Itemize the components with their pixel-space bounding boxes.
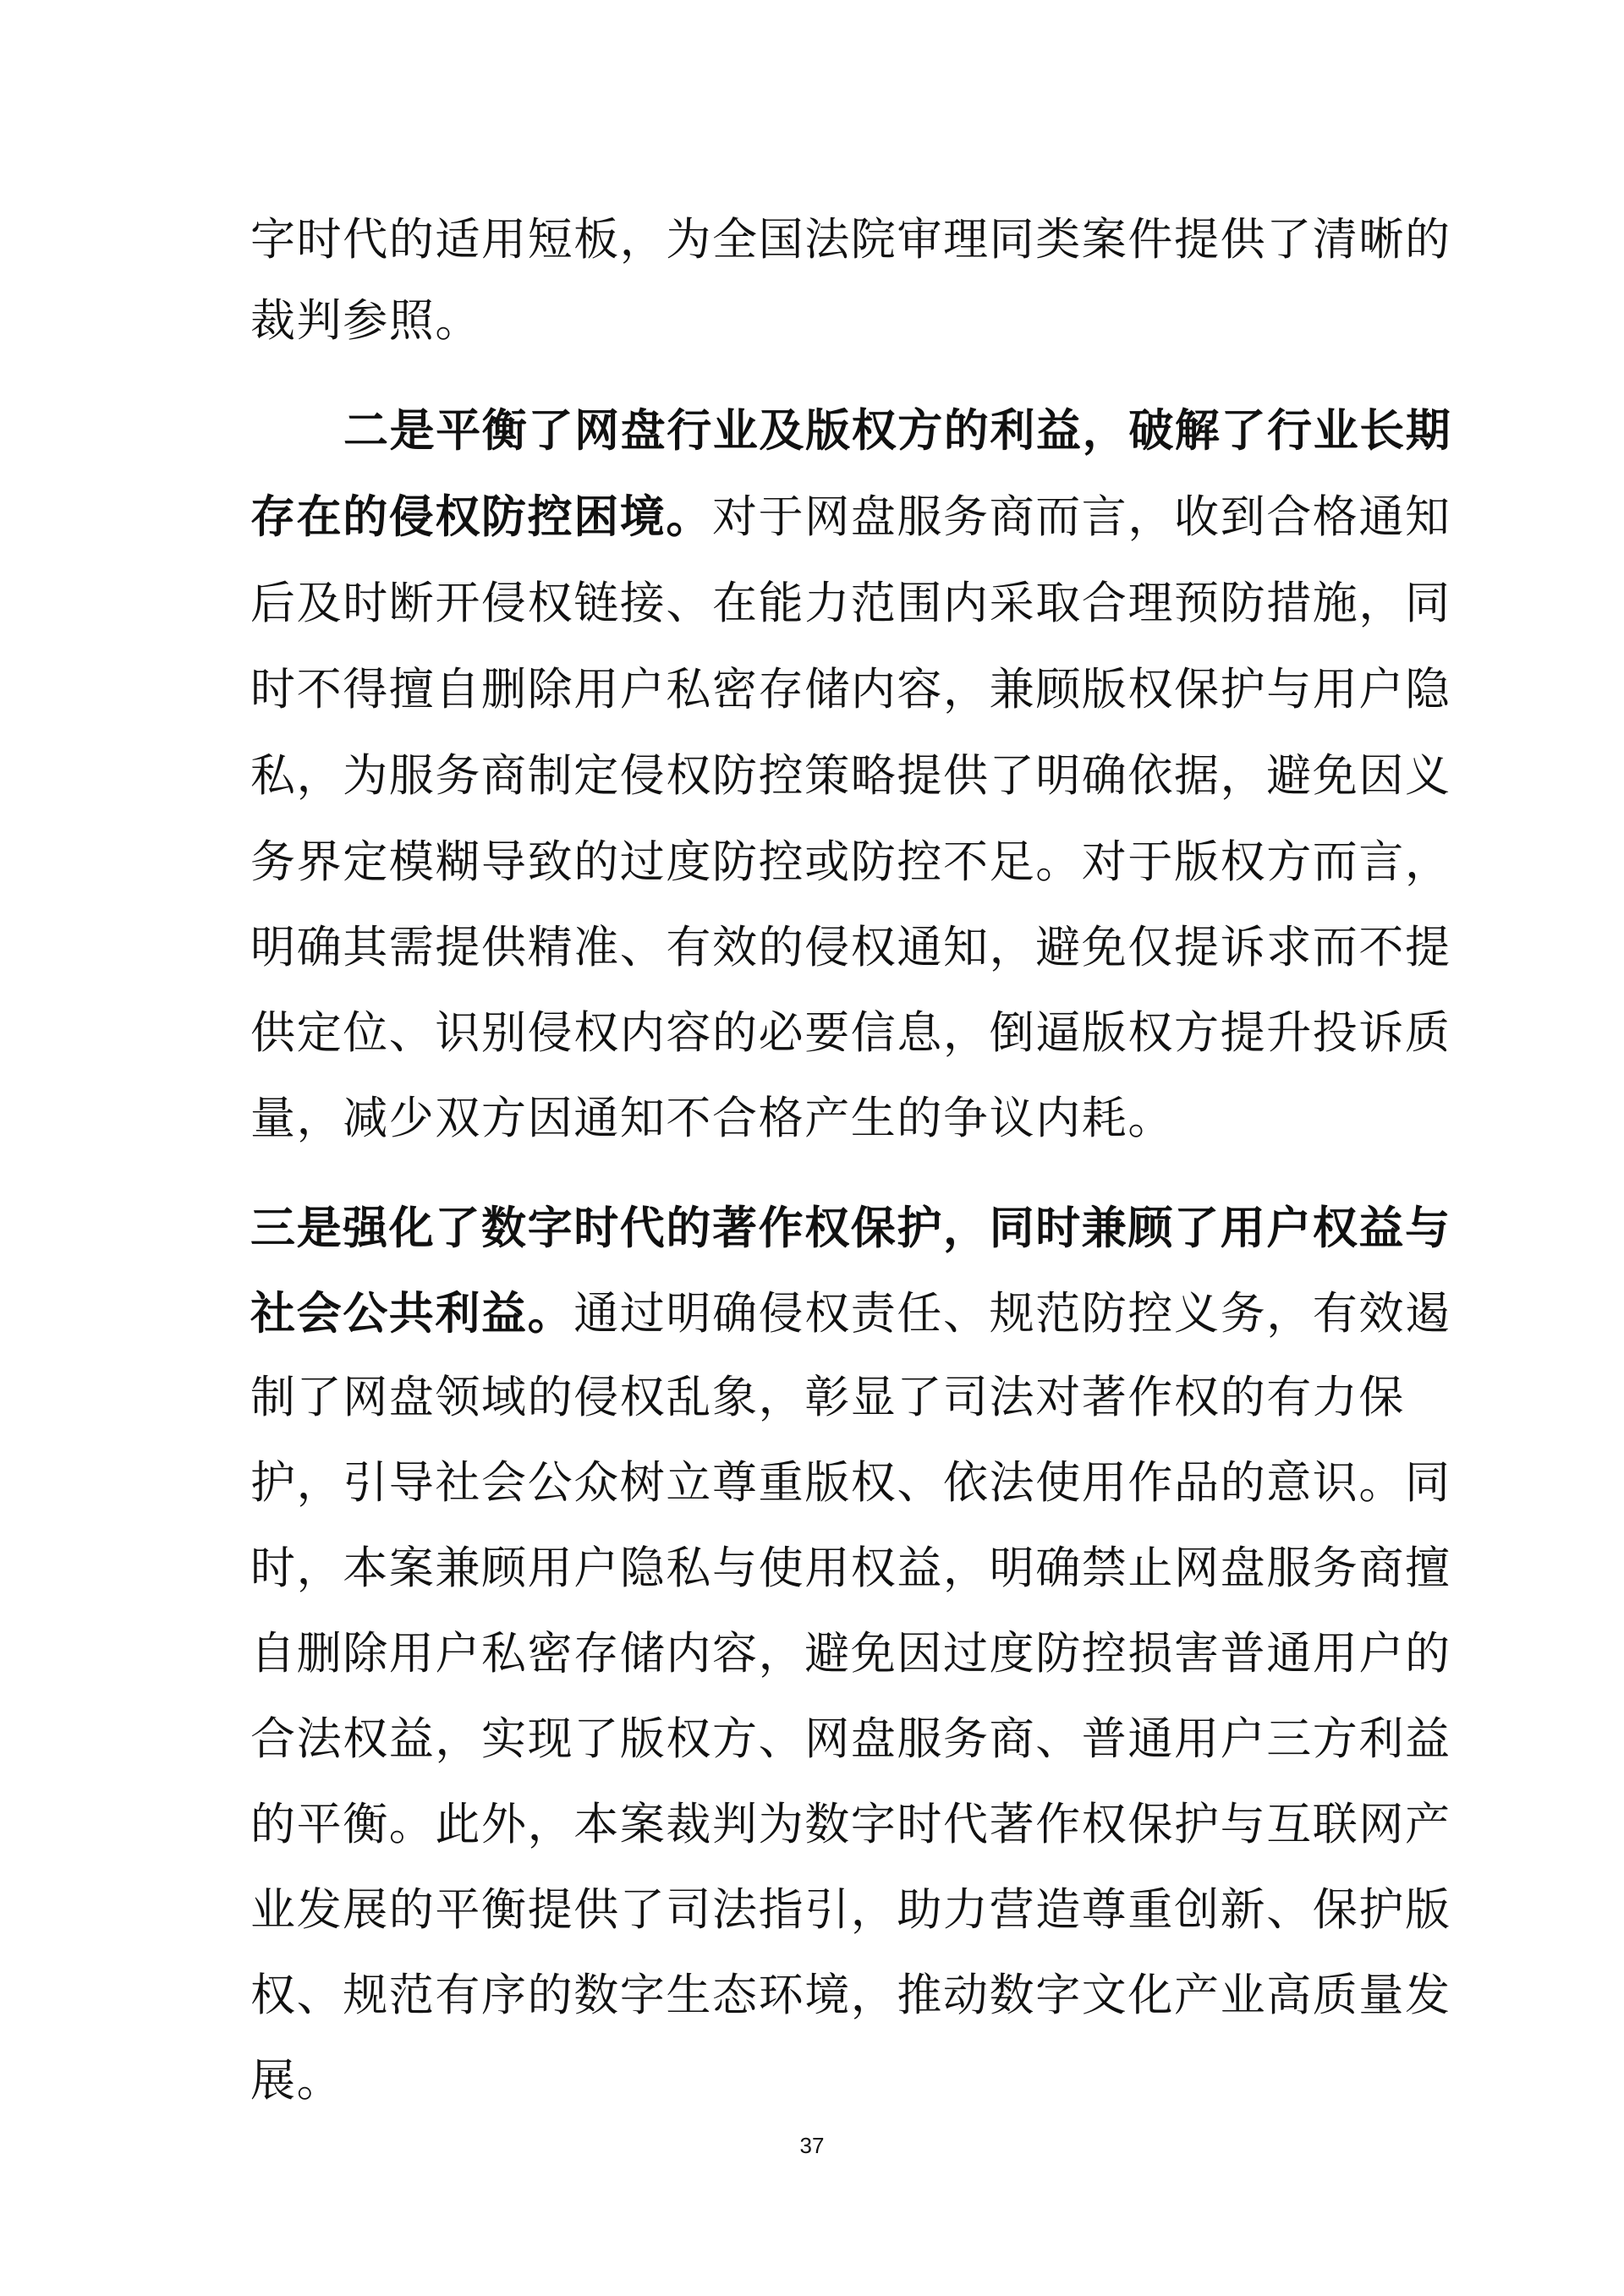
body-text: 对于网盘服务商而言，收到合格通知 xyxy=(712,491,1451,543)
paragraph-3-line-2: 社会公共利益。通过明确侵权责任、规范防控义务，有效遏 xyxy=(250,1287,1375,1341)
body-text: 制了网盘领域的侵权乱象，彰显了司法对著作权的有力保 xyxy=(250,1372,1405,1423)
body-text: 时，本案兼顾用户隐私与使用权益，明确禁止网盘服务商擅 xyxy=(250,1543,1451,1594)
paragraph-2-line-4: 时不得擅自删除用户私密存储内容，兼顾版权保护与用户隐 xyxy=(250,663,1375,717)
paragraph-3-line-7: 合法权益，实现了版权方、网盘服务商、普通用户三方利益 xyxy=(250,1712,1375,1767)
body-text: 的平衡。此外，本案裁判为数字时代著作权保护与互联网产 xyxy=(250,1799,1451,1850)
body-text: 权、规范有序的数字生态环境，推动数字文化产业高质量发 xyxy=(250,1970,1451,2021)
body-text: 私，为服务商制定侵权防控策略提供了明确依据，避免因义 xyxy=(250,750,1451,802)
body-text: 自删除用户私密存储内容，避免因过度防控损害普通用户的 xyxy=(250,1628,1451,1680)
paragraph-2-line-9: 量，减少双方因通知不合格产生的争议内耗。 xyxy=(250,1092,1375,1146)
paragraph-2-line-7: 明确其需提供精准、有效的侵权通知，避免仅提诉求而不提 xyxy=(250,921,1375,975)
body-text: 时不得擅自删除用户私密存储内容，兼顾版权保护与用户隐 xyxy=(250,664,1451,715)
body-text: 供定位、识别侵权内容的必要信息，倒逼版权方提升投诉质 xyxy=(250,1007,1451,1059)
bold-heading: 社会公共利益。 xyxy=(250,1288,573,1340)
body-text: 量，减少双方因通知不合格产生的争议内耗。 xyxy=(250,1093,1174,1144)
paragraph-3-line-8: 的平衡。此外，本案裁判为数字时代著作权保护与互联网产 xyxy=(250,1798,1375,1852)
body-text: 明确其需提供精准、有效的侵权通知，避免仅提诉求而不提 xyxy=(250,922,1451,973)
paragraph-3-line-10: 权、规范有序的数字生态环境，推动数字文化产业高质量发 xyxy=(250,1969,1375,2023)
bold-heading: 存在的侵权防控困境。 xyxy=(250,491,712,543)
paragraph-3-line-9: 业发展的平衡提供了司法指引，助力营造尊重创新、保护版 xyxy=(250,1883,1375,1937)
body-text: 通过明确侵权责任、规范防控义务，有效遏 xyxy=(573,1288,1451,1340)
body-text: 展。 xyxy=(250,2055,343,2107)
body-text: 务界定模糊导致的过度防控或防控不足。对于版权方而言， xyxy=(250,836,1451,888)
body-text: 合法权益，实现了版权方、网盘服务商、普通用户三方利益 xyxy=(250,1713,1451,1765)
page-number: 37 xyxy=(0,2133,1624,2159)
document-page: 字时代的适用短板，为全国法院审理同类案件提供了清晰的 裁判参照。 二是平衡了网盘… xyxy=(0,0,1624,2296)
paragraph-2-line-6: 务界定模糊导致的过度防控或防控不足。对于版权方而言， xyxy=(250,836,1375,890)
paragraph-3-line-5: 时，本案兼顾用户隐私与使用权益，明确禁止网盘服务商擅 xyxy=(250,1542,1375,1596)
body-text: 护，引导社会公众树立尊重版权、依法使用作品的意识。同 xyxy=(250,1457,1451,1509)
body-text: 业发展的平衡提供了司法指引，助力营造尊重创新、保护版 xyxy=(250,1884,1451,1936)
paragraph-2-line-3: 后及时断开侵权链接、在能力范围内采取合理预防措施，同 xyxy=(250,577,1375,631)
paragraph-2-line-2: 存在的侵权防控困境。对于网盘服务商而言，收到合格通知 xyxy=(250,490,1375,545)
body-text: 字时代的适用短板，为全国法院审理同类案件提供了清晰的 xyxy=(250,214,1451,266)
paragraph-1-line-2: 裁判参照。 xyxy=(250,294,1375,348)
paragraph-3-line-6: 自删除用户私密存储内容，避免因过度防控损害普通用户的 xyxy=(250,1627,1375,1681)
paragraph-1-line-1: 字时代的适用短板，为全国法院审理同类案件提供了清晰的 xyxy=(250,213,1375,267)
paragraph-3-line-11: 展。 xyxy=(250,2054,1375,2108)
bold-heading: 三是强化了数字时代的著作权保护，同时兼顾了用户权益与 xyxy=(250,1203,1451,1254)
paragraph-2-line-1: 二是平衡了网盘行业及版权方的利益，破解了行业长期 xyxy=(343,404,1468,458)
paragraph-3-line-1: 三是强化了数字时代的著作权保护，同时兼顾了用户权益与 xyxy=(250,1202,1375,1256)
paragraph-3-line-4: 护，引导社会公众树立尊重版权、依法使用作品的意识。同 xyxy=(250,1456,1375,1510)
paragraph-2-line-5: 私，为服务商制定侵权防控策略提供了明确依据，避免因义 xyxy=(250,749,1375,803)
bold-heading: 二是平衡了网盘行业及版权方的利益，破解了行业长期 xyxy=(343,405,1451,457)
body-text: 裁判参照。 xyxy=(250,295,481,347)
paragraph-2-line-8: 供定位、识别侵权内容的必要信息，倒逼版权方提升投诉质 xyxy=(250,1006,1375,1060)
paragraph-3-line-3: 制了网盘领域的侵权乱象，彰显了司法对著作权的有力保 xyxy=(250,1371,1375,1425)
body-text: 后及时断开侵权链接、在能力范围内采取合理预防措施，同 xyxy=(250,578,1451,629)
